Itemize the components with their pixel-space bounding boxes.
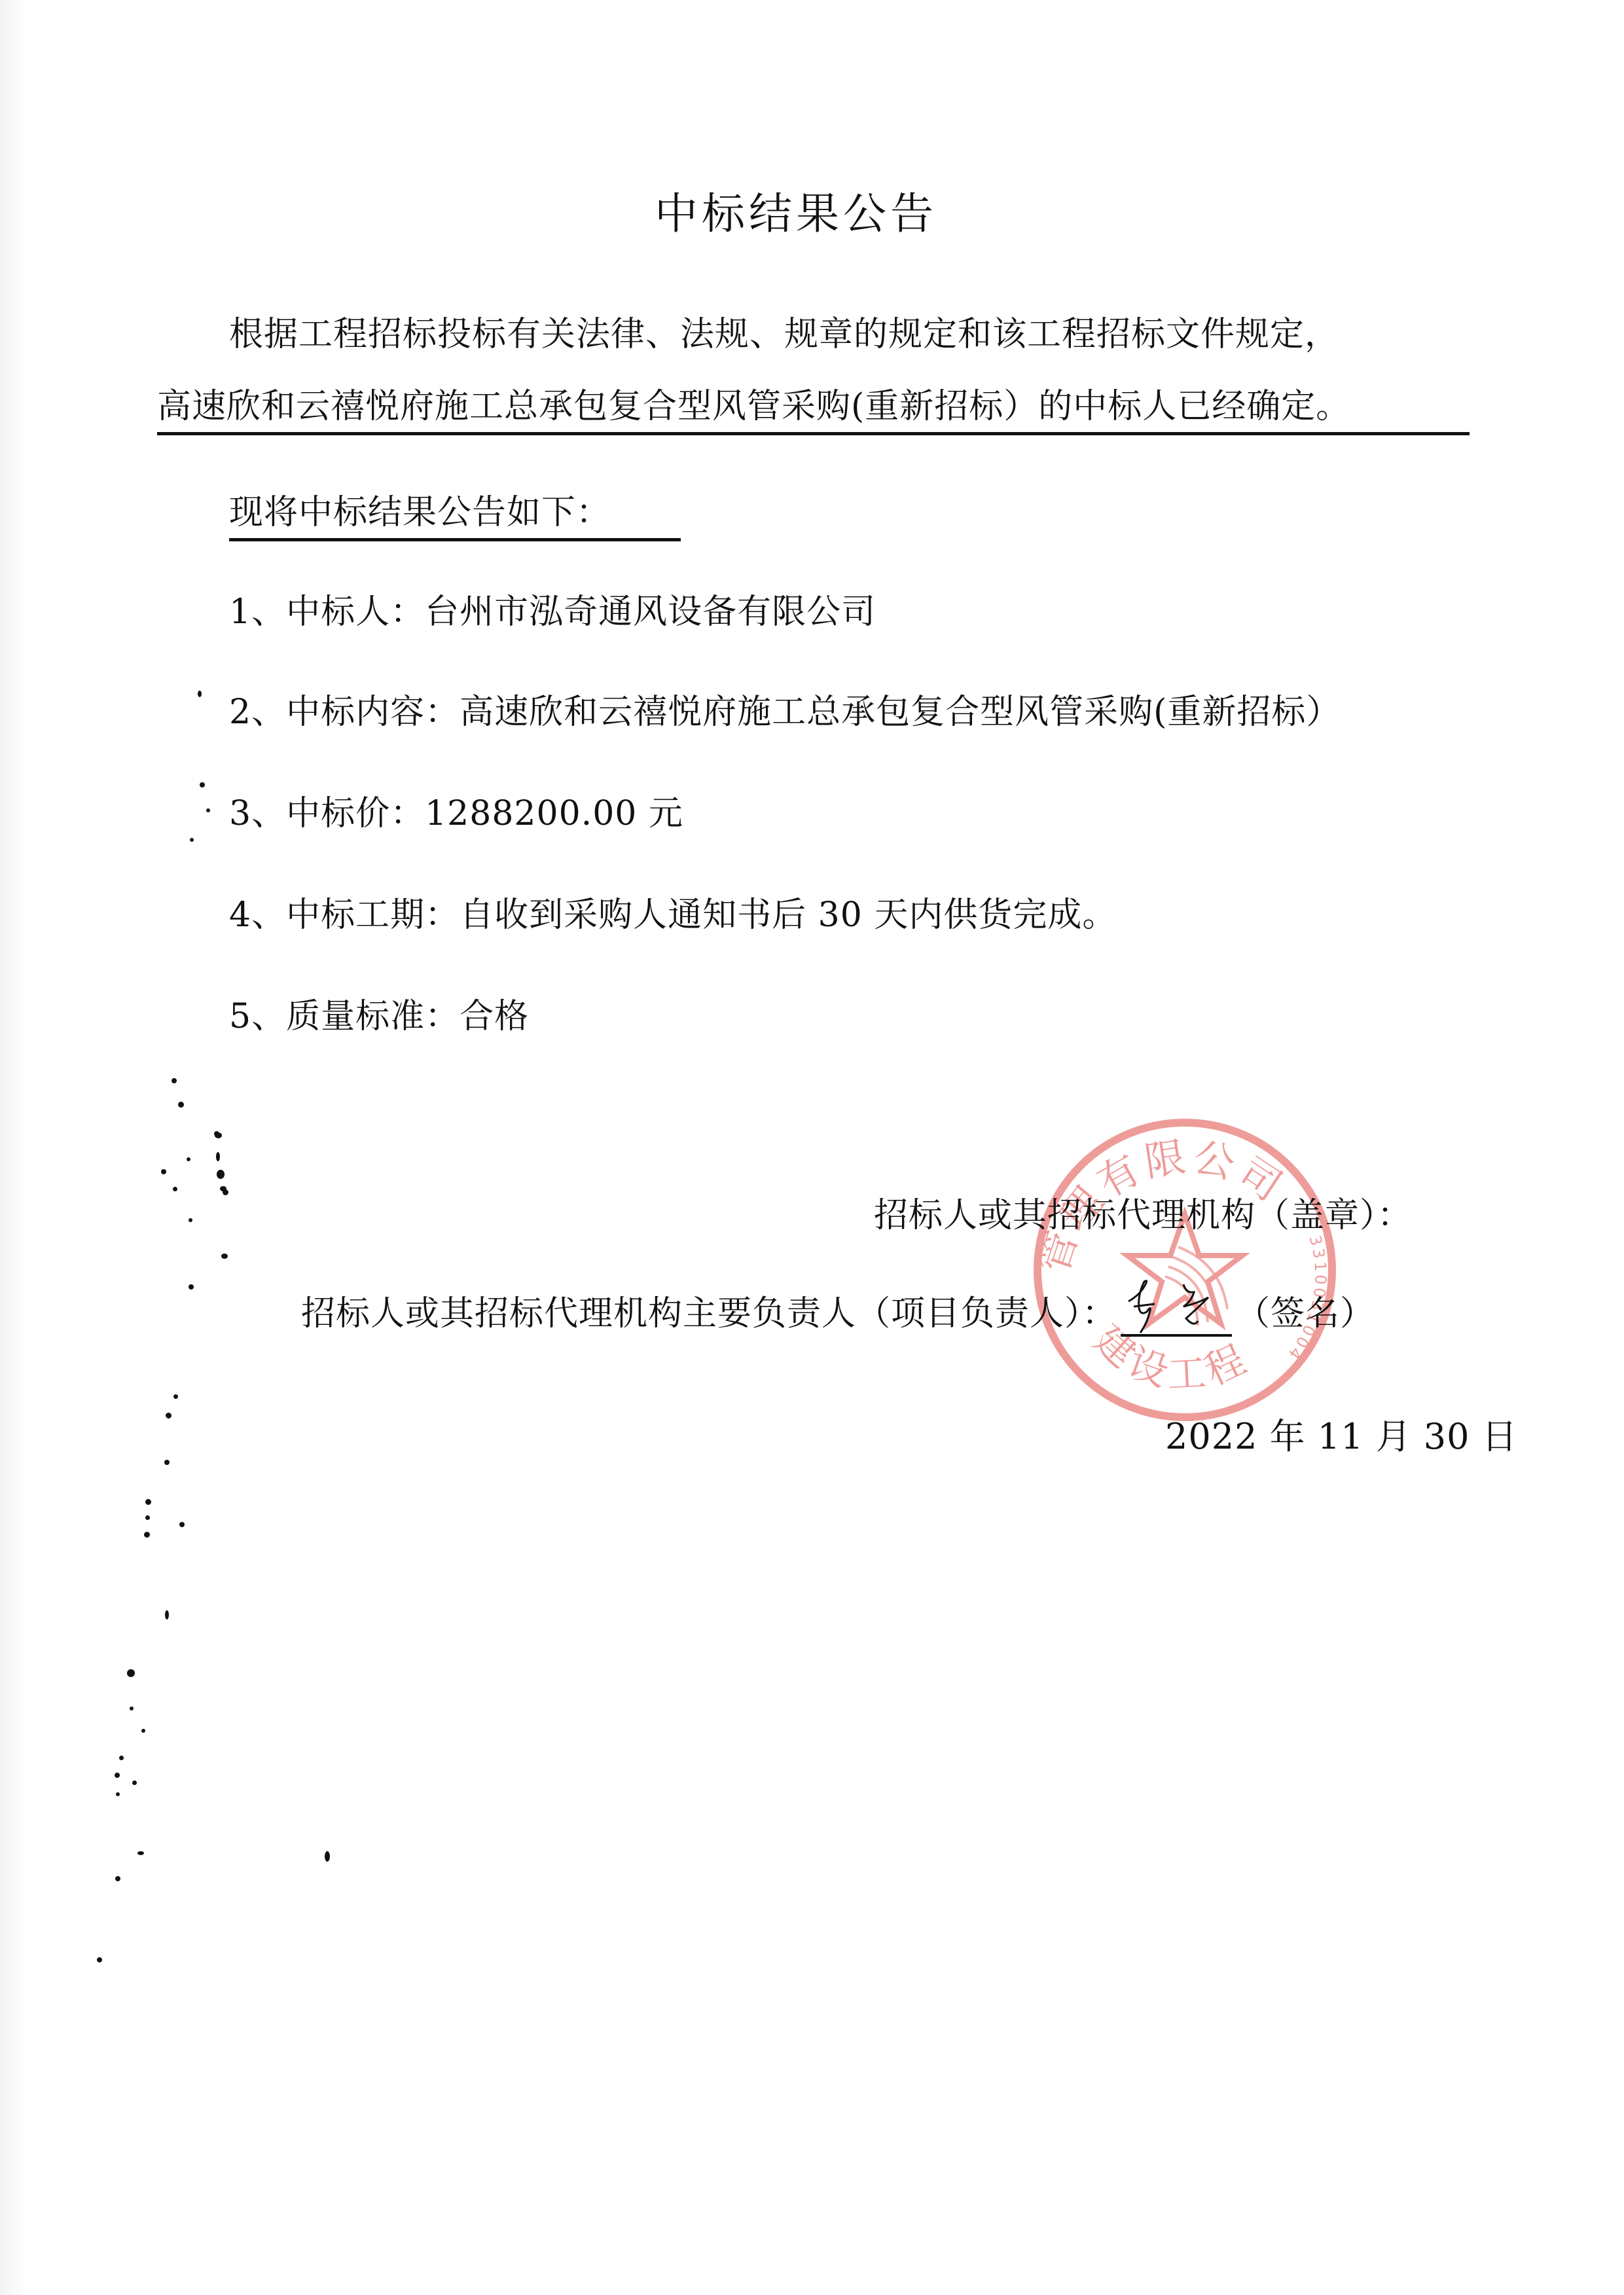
item-label: 2、中标内容： xyxy=(229,693,460,732)
seal-line: 招标人或其招标代理机构（盖章）： xyxy=(874,1193,1412,1238)
scan-edge-shading xyxy=(0,0,26,2295)
signature-field xyxy=(1121,1295,1232,1337)
intro-line-1: 根据工程招标投标有关法律、法规、规章的规定和该工程招标文件规定， xyxy=(229,312,1339,357)
item-construction-period: 4、中标工期：自收到采购人通知书后 30 天内供货完成。 xyxy=(229,892,1117,938)
item-winning-bidder: 1、中标人：台州市泓奇通风设备有限公司 xyxy=(229,589,876,635)
intro-line-2-project-name: 高速欣和云禧悦府施工总承包复合型风管采购(重新招标）的中标人已经确定。 xyxy=(157,384,1470,435)
item-bid-price: 3、中标价：1288200.00 元 xyxy=(229,791,683,837)
item-value: 高速欣和云禧悦府施工总承包复合型风管采购(重新招标） xyxy=(460,693,1341,732)
item-quality-standard: 5、质量标准：合格 xyxy=(229,994,529,1039)
item-value: 台州市泓奇通风设备有限公司 xyxy=(425,592,876,632)
announce-heading: 现将中标结果公告如下： xyxy=(229,490,681,541)
signer-line: 招标人或其招标代理机构主要负责人（项目负责人）： （签名） xyxy=(301,1291,1375,1337)
handwritten-signature-icon xyxy=(1121,1275,1232,1334)
item-label: 4、中标工期： xyxy=(229,895,460,935)
document-date: 2022 年 11 月 30 日 xyxy=(1165,1414,1518,1460)
item-value: 自收到采购人通知书后 30 天内供货完成。 xyxy=(460,895,1117,935)
signer-label: 招标人或其招标代理机构主要负责人（项目负责人）： xyxy=(301,1294,1117,1333)
item-label: 5、质量标准： xyxy=(229,997,460,1036)
item-value: 1288200.00 元 xyxy=(425,794,683,833)
signer-suffix: （签名） xyxy=(1236,1294,1375,1333)
company-seal-stamp: 管理有限公司 建设工程 3310031004 xyxy=(1021,1106,1348,1434)
document-page: 中标结果公告 根据工程招标投标有关法律、法规、规章的规定和该工程招标文件规定， … xyxy=(0,0,1624,2295)
item-bid-content: 2、中标内容：高速欣和云禧悦府施工总承包复合型风管采购(重新招标） xyxy=(229,689,1341,735)
item-label: 3、中标价： xyxy=(229,794,425,833)
document-title: 中标结果公告 xyxy=(655,185,937,244)
item-label: 1、中标人： xyxy=(229,592,425,632)
item-value: 合格 xyxy=(460,997,529,1036)
